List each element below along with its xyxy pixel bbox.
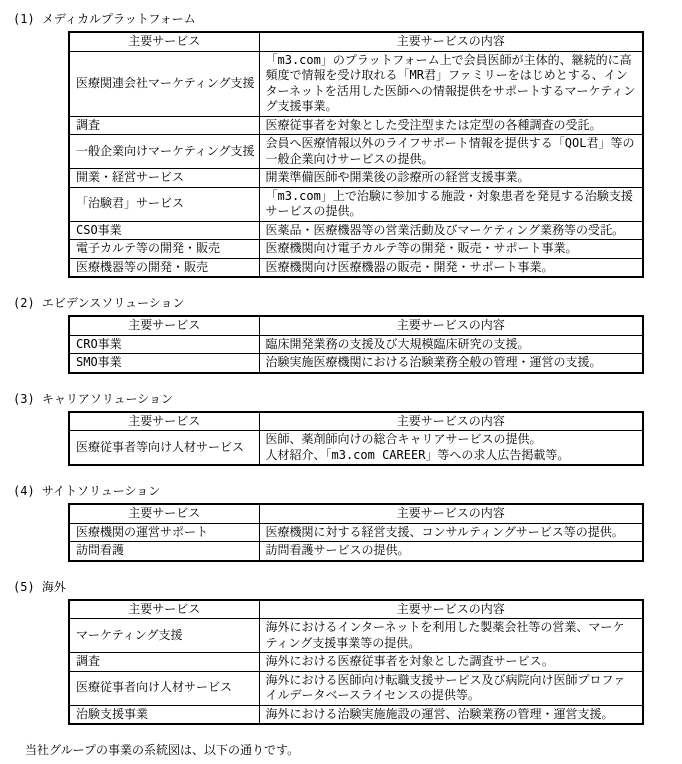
- service-name-cell: 訪問看護: [69, 542, 259, 561]
- column-header-service: 主要サービス: [69, 32, 259, 51]
- section-heading: (5) 海外: [13, 579, 674, 595]
- service-name-cell: 一般企業向けマーケティング支援: [69, 135, 259, 169]
- section-heading: (3) キャリアソリューション: [13, 391, 674, 407]
- table-row: 医療従事者等向け人材サービス 医師、薬剤師向けの総合キャリアサービスの提供。 人…: [69, 431, 643, 466]
- table-row: 医療関連会社マーケティング支援 「m3.com」のプラットフォーム上で会員医師が…: [69, 51, 643, 116]
- column-header-description: 主要サービスの内容: [259, 32, 643, 51]
- table-header-row: 主要サービス 主要サービスの内容: [69, 32, 643, 51]
- table-row: CRO事業 臨床開発業務の支援及び大規模臨床研究の支援。: [69, 335, 643, 354]
- section-heading: (1) メディカルプラットフォーム: [13, 11, 674, 27]
- table-row: SMO事業 治験実施医療機関における治験業務全般の管理・運営の支援。: [69, 354, 643, 373]
- column-header-description: 主要サービスの内容: [259, 504, 643, 523]
- service-description-cell: 治験実施医療機関における治験業務全般の管理・運営の支援。: [259, 354, 643, 373]
- service-name-cell: SMO事業: [69, 354, 259, 373]
- service-description-cell: 「m3.com」上で治験に参加する施設・対象患者を発見する治験支援サービスの提供…: [259, 187, 643, 221]
- table-header-row: 主要サービス 主要サービスの内容: [69, 412, 643, 431]
- column-header-description: 主要サービスの内容: [259, 600, 643, 619]
- section-site-solution: (4) サイトソリューション 主要サービス 主要サービスの内容 医療機関の運営サ…: [13, 483, 674, 562]
- column-header-service: 主要サービス: [69, 412, 259, 431]
- table-row: CSO事業 医薬品・医療機器等の営業活動及びマーケティング業務等の受託。: [69, 221, 643, 240]
- service-name-cell: CRO事業: [69, 335, 259, 354]
- table-row: 医療機器等の開発・販売 医療機関向け医療機器の販売・開発・サポート事業。: [69, 258, 643, 277]
- table-row: 医療従事者向け人材サービス 海外における医師向け転職支援サービス及び病院向け医師…: [69, 671, 643, 705]
- service-name-cell: 医療従事者等向け人材サービス: [69, 431, 259, 466]
- service-name-cell: 医療機器等の開発・販売: [69, 258, 259, 277]
- service-description-cell: 会員へ医療情報以外のライフサポート情報を提供する「QOL君」等の一般企業向けサー…: [259, 135, 643, 169]
- service-name-cell: 医療従事者向け人材サービス: [69, 671, 259, 705]
- service-table: 主要サービス 主要サービスの内容 医療機関の運営サポート 医療機関に対する経営支…: [68, 503, 644, 562]
- table-row: 開業・経営サービス 開業準備医師や開業後の診療所の経営支援事業。: [69, 169, 643, 188]
- column-header-description: 主要サービスの内容: [259, 412, 643, 431]
- section-heading: (2) エビデンスソリューション: [13, 295, 674, 311]
- service-description-cell: 医療機関向け電子カルテ等の開発・販売・サポート事業。: [259, 240, 643, 259]
- service-description-cell: 臨床開発業務の支援及び大規模臨床研究の支援。: [259, 335, 643, 354]
- table-row: 調査 海外における医療従事者を対象とした調査サービス。: [69, 653, 643, 672]
- service-name-cell: 治験支援事業: [69, 705, 259, 724]
- service-table: 主要サービス 主要サービスの内容 CRO事業 臨床開発業務の支援及び大規模臨床研…: [68, 315, 644, 374]
- table-row: 訪問看護 訪問看護サービスの提供。: [69, 542, 643, 561]
- service-description-cell: 「m3.com」のプラットフォーム上で会員医師が主体的、継続的に高頻度で情報を受…: [259, 51, 643, 116]
- service-name-cell: 開業・経営サービス: [69, 169, 259, 188]
- section-overseas: (5) 海外 主要サービス 主要サービスの内容 マーケティング支援 海外における…: [13, 579, 674, 726]
- service-description-cell: 医師、薬剤師向けの総合キャリアサービスの提供。 人材紹介、「m3.com CAR…: [259, 431, 643, 466]
- service-table: 主要サービス 主要サービスの内容 医療関連会社マーケティング支援 「m3.com…: [68, 31, 644, 278]
- service-name-cell: 医療関連会社マーケティング支援: [69, 51, 259, 116]
- service-description-cell: 医療機関に対する経営支援、コンサルティングサービス等の提供。: [259, 523, 643, 542]
- service-description-cell: 医療従事者を対象とした受注型または定型の各種調査の受託。: [259, 116, 643, 135]
- footer-note: 当社グループの事業の系統図は、以下の通りです。: [25, 742, 674, 758]
- section-medical-platform: (1) メディカルプラットフォーム 主要サービス 主要サービスの内容 医療関連会…: [13, 11, 674, 278]
- table-row: 「治験君」サービス 「m3.com」上で治験に参加する施設・対象患者を発見する治…: [69, 187, 643, 221]
- column-header-service: 主要サービス: [69, 316, 259, 335]
- service-name-cell: マーケティング支援: [69, 619, 259, 653]
- table-row: 医療機関の運営サポート 医療機関に対する経営支援、コンサルティングサービス等の提…: [69, 523, 643, 542]
- service-name-cell: 調査: [69, 116, 259, 135]
- table-row: 電子カルテ等の開発・販売 医療機関向け電子カルテ等の開発・販売・サポート事業。: [69, 240, 643, 259]
- service-description-cell: 海外におけるインターネットを利用した製薬会社等の営業、マーケティング支援事業等の…: [259, 619, 643, 653]
- service-name-cell: 調査: [69, 653, 259, 672]
- table-row: 調査 医療従事者を対象とした受注型または定型の各種調査の受託。: [69, 116, 643, 135]
- section-heading: (4) サイトソリューション: [13, 483, 674, 499]
- service-description-cell: 医療機関向け医療機器の販売・開発・サポート事業。: [259, 258, 643, 277]
- service-name-cell: 医療機関の運営サポート: [69, 523, 259, 542]
- service-description-cell: 開業準備医師や開業後の診療所の経営支援事業。: [259, 169, 643, 188]
- table-row: 一般企業向けマーケティング支援 会員へ医療情報以外のライフサポート情報を提供する…: [69, 135, 643, 169]
- document-page: (1) メディカルプラットフォーム 主要サービス 主要サービスの内容 医療関連会…: [0, 0, 682, 764]
- service-name-cell: 電子カルテ等の開発・販売: [69, 240, 259, 259]
- service-description-cell: 海外における治験実施施設の運営、治験業務の管理・運営支援。: [259, 705, 643, 724]
- table-row: 治験支援事業 海外における治験実施施設の運営、治験業務の管理・運営支援。: [69, 705, 643, 724]
- service-description-cell: 訪問看護サービスの提供。: [259, 542, 643, 561]
- column-header-service: 主要サービス: [69, 504, 259, 523]
- service-description-cell: 海外における医療従事者を対象とした調査サービス。: [259, 653, 643, 672]
- service-table: 主要サービス 主要サービスの内容 マーケティング支援 海外におけるインターネット…: [68, 599, 644, 726]
- service-description-cell: 医薬品・医療機器等の営業活動及びマーケティング業務等の受託。: [259, 221, 643, 240]
- service-name-cell: CSO事業: [69, 221, 259, 240]
- table-row: マーケティング支援 海外におけるインターネットを利用した製薬会社等の営業、マーケ…: [69, 619, 643, 653]
- service-description-cell: 海外における医師向け転職支援サービス及び病院向け医師プロファイルデータベースライ…: [259, 671, 643, 705]
- column-header-service: 主要サービス: [69, 600, 259, 619]
- table-header-row: 主要サービス 主要サービスの内容: [69, 600, 643, 619]
- service-name-cell: 「治験君」サービス: [69, 187, 259, 221]
- column-header-description: 主要サービスの内容: [259, 316, 643, 335]
- table-header-row: 主要サービス 主要サービスの内容: [69, 316, 643, 335]
- section-evidence-solution: (2) エビデンスソリューション 主要サービス 主要サービスの内容 CRO事業 …: [13, 295, 674, 374]
- service-table: 主要サービス 主要サービスの内容 医療従事者等向け人材サービス 医師、薬剤師向け…: [68, 411, 644, 467]
- section-career-solution: (3) キャリアソリューション 主要サービス 主要サービスの内容 医療従事者等向…: [13, 391, 674, 467]
- table-header-row: 主要サービス 主要サービスの内容: [69, 504, 643, 523]
